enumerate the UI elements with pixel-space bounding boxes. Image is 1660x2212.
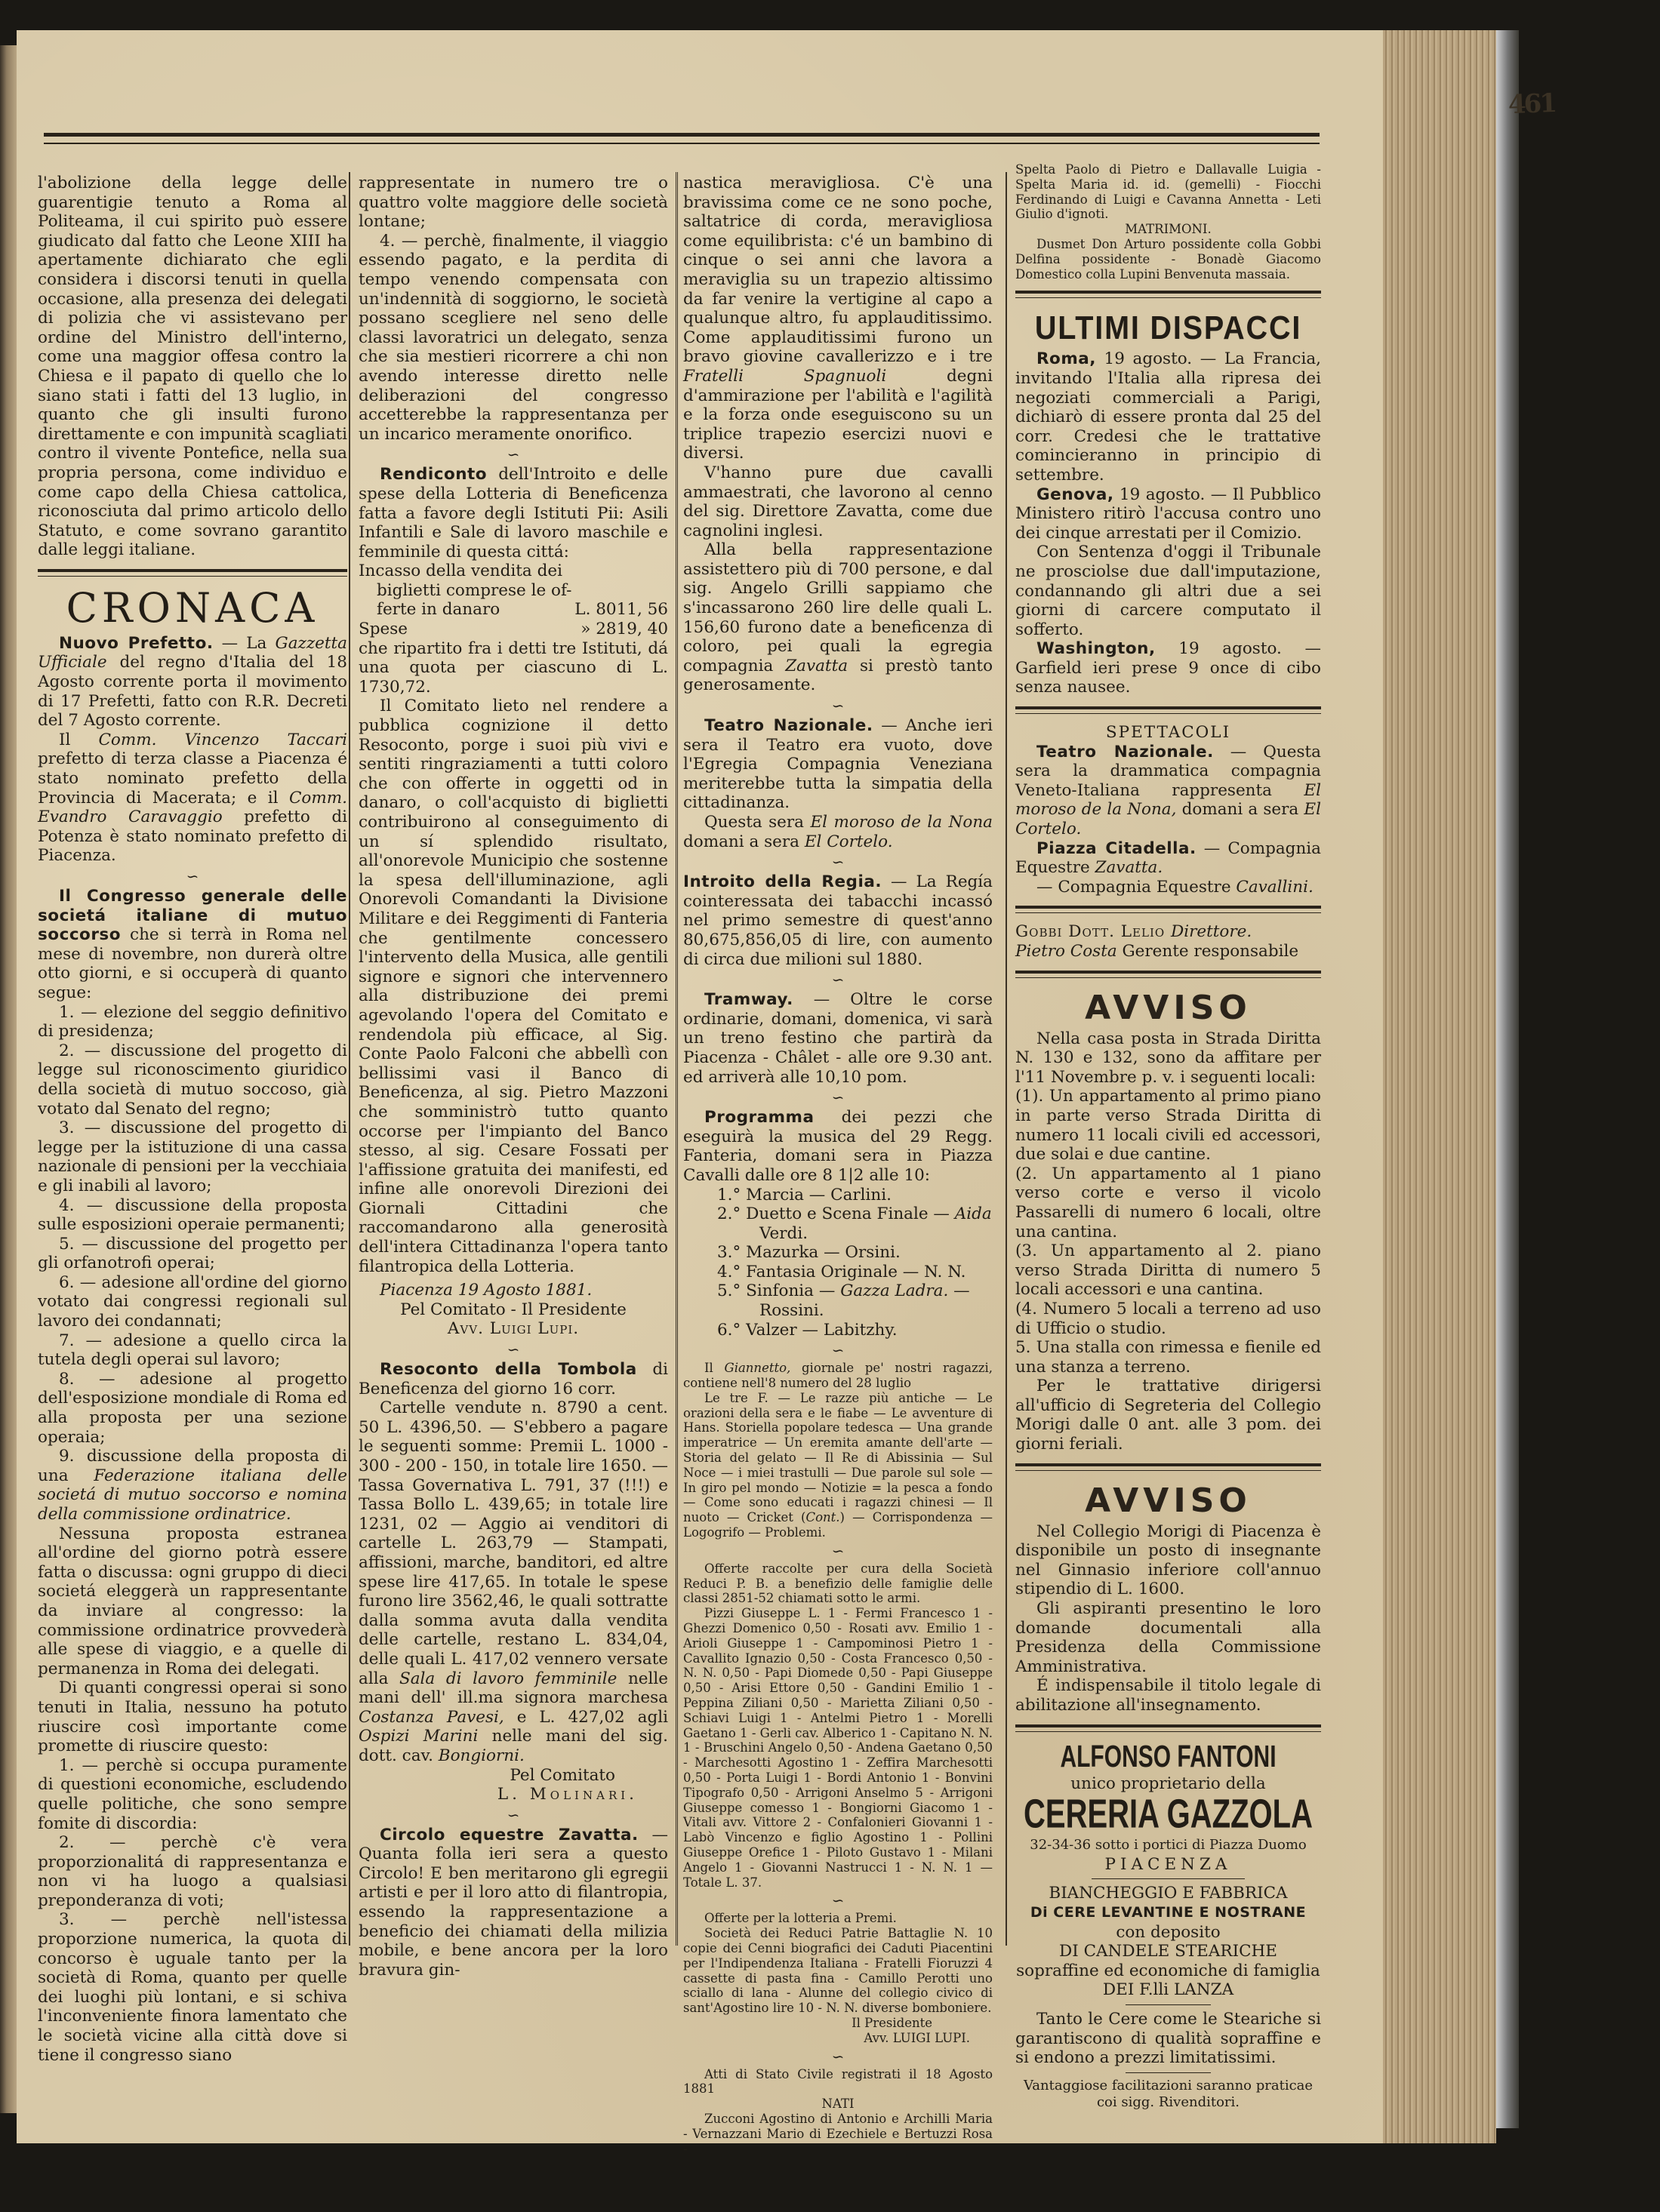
fore-edge-page-number: 461 [1508, 88, 1555, 120]
list-item: 6. — adesione all'ordine del giorno vota… [38, 1273, 347, 1331]
ad-divider [1092, 1878, 1245, 1879]
article-rendiconto: Rendiconto dell'Introito e delle spese d… [359, 465, 668, 561]
births-label: NATI [683, 2097, 993, 2112]
ornament-divider-icon: ∽ [683, 2047, 993, 2066]
ornament-divider-icon: ∽ [683, 1542, 993, 1560]
signature-name: L. Molinari. [359, 1785, 668, 1804]
births-list: Zucconi Agostino di Antonio e Archilli M… [683, 2112, 993, 2156]
article-regia: Introito della Regia. — La Regía cointer… [683, 872, 993, 969]
births-list-cont: Spelta Paolo di Pietro e Dallavalle Luig… [1015, 162, 1321, 222]
column-4: Spelta Paolo di Pietro e Dallavalle Luig… [1015, 162, 1321, 2111]
donations-intro: Offerte raccolte per cura della Società … [683, 1561, 993, 1606]
article-paragraph: Alla bella rappresentazione assistettero… [683, 540, 993, 695]
section-rule [1015, 291, 1321, 298]
section-rule [1015, 1724, 1321, 1732]
ornament-divider-icon: ∽ [359, 1340, 668, 1358]
article-programma: Programma dei pezzi che eseguirà la musi… [683, 1108, 993, 1185]
ad-line: BIANCHEGGIO E FABBRICA [1015, 1884, 1321, 1903]
notice-paragraph: Nel Collegio Morigi di Piacenza è dispon… [1015, 1522, 1321, 1599]
ad-line: con deposito [1015, 1923, 1321, 1943]
notice-item: 5. Una stalla con rimessa e fienile ed u… [1015, 1338, 1321, 1377]
book-cover-edge [1496, 30, 1519, 2128]
ornament-divider-icon: ∽ [683, 853, 993, 871]
column-3: nastica meravigliosa. C'è una bravissima… [683, 174, 993, 2156]
notice-item: (2. Un appartamento al 1 piano verso cor… [1015, 1164, 1321, 1241]
section-title-ultimi-dispacci: ULTIMI DISPACCI [1030, 307, 1306, 349]
list-item: 7. — adesione a quello circa la tutela d… [38, 1331, 347, 1370]
article-paragraph: Il Comitato lieto nel rendere a pubblica… [359, 697, 668, 1276]
article-heading: Introito della Regia. [683, 872, 882, 891]
signature: Il Presidente [683, 2016, 993, 2031]
article-heading: Rendiconto [380, 465, 487, 484]
dispatch-item: Roma, 19 agosto. — La Francia, invitando… [1015, 349, 1321, 485]
ad-line: Di CERE LEVANTINE E NOSTRANE [1015, 1903, 1321, 1923]
program-item: 6.° Valzer — Labitzhy. [717, 1321, 993, 1340]
ad-line: DI CANDELE STEARICHE [1015, 1942, 1321, 1961]
list-item: 3. — perchè nell'istessa proporzione num… [38, 1910, 347, 2065]
lottery-title: Offerte per la lotteria a Premi. [683, 1911, 993, 1926]
article-paragraph: Le tre F. — Le razze più antiche — Le or… [683, 1391, 993, 1540]
program-item-cont: Rossini. [717, 1301, 993, 1321]
article-continuation: l'abolizione della legge delle guarentig… [38, 174, 347, 560]
account-row-spese: Spese» 2819, 40 [359, 620, 668, 639]
column-divider [676, 172, 678, 1946]
section-rule [1015, 906, 1321, 913]
manager-line: Pietro Costa Gerente responsabile [1015, 942, 1321, 961]
dispatch-item: Washington, 19 agosto. — Garfield ieri p… [1015, 639, 1321, 697]
program-item: 3.° Mazurka — Orsini. [717, 1243, 993, 1263]
account-label: Incasso della vendita dei [359, 561, 668, 581]
ad-body: Tanto le Cere come le Steariche si garan… [1015, 2010, 1321, 2068]
article-heading: Programma [704, 1108, 814, 1127]
dateline: Piacenza 19 Agosto 1881. [359, 1281, 668, 1300]
ornament-divider-icon: ∽ [683, 1891, 993, 1909]
civil-records-title: Atti di Stato Civile registrati il 18 Ag… [683, 2067, 993, 2097]
article-paragraph: Di quanti congressi operai si sono tenut… [38, 1678, 347, 1755]
list-item: 4. — discussione della proposta sulle es… [38, 1196, 347, 1235]
section-title-cronaca: CRONACA [38, 586, 347, 631]
list-item: 2. — perchè c'è vera proporzionalitá di … [38, 1833, 347, 1910]
article-heading: Nuovo Prefetto. [59, 634, 214, 653]
notice-title: AVVISO [1015, 1480, 1321, 1522]
ornament-divider-icon: ∽ [683, 1088, 993, 1106]
book-fore-edge [1383, 30, 1496, 2143]
account-row-incasso: ferte in danaroL. 8011, 56 [359, 600, 668, 620]
column-divider [1006, 172, 1007, 1946]
program-item: 4.° Fantasia Originale — N. N. [717, 1263, 993, 1282]
list-item: 5. — discussione del progetto per gli or… [38, 1235, 347, 1273]
header-rule [44, 133, 1320, 144]
donations-list: Pizzi Giuseppe L. 1 - Fermi Francesco 1 … [683, 1606, 993, 1890]
section-rule [38, 569, 347, 577]
notice-intro: Nella casa posta in Strada Diritta N. 13… [1015, 1029, 1321, 1088]
notice-item: (4. Numero 5 locali a terreno ad uso di … [1015, 1300, 1321, 1338]
article-paragraph: V'hanno pure due cavalli ammaestrati, ch… [683, 463, 993, 540]
account-value: » 2819, 40 [581, 620, 668, 639]
article-circolo: Circolo equestre Zavatta. — Quanta folla… [359, 1826, 668, 1980]
ornament-divider-icon: ∽ [683, 1341, 993, 1359]
section-rule [1015, 971, 1321, 978]
account-value: L. 8011, 56 [574, 600, 668, 620]
column-1: l'abolizione della legge delle guarentig… [38, 174, 347, 2065]
article-giannetto: Il Giannetto, giornale pe' nostri ragazz… [683, 1361, 993, 1391]
article-paragraph: Il Comm. Vincenzo Taccari prefetto di te… [38, 731, 347, 866]
article-tramway: Tramway. — Oltre le corse ordinarie, dom… [683, 990, 993, 1087]
notice-paragraph: Gli aspiranti presentino le loro domande… [1015, 1599, 1321, 1676]
article-teatro: Teatro Nazionale. — Anche ieri sera il T… [683, 716, 993, 813]
lottery-body: Società dei Reduci Patrie Battaglie N. 1… [683, 1926, 993, 2016]
ad-divider [1126, 2004, 1211, 2005]
ornament-divider-icon: ∽ [683, 697, 993, 715]
ad-footer: Vantaggiose facilitazioni saranno pratic… [1015, 2078, 1321, 2111]
section-title-spettacoli: SPETTACOLI [1015, 723, 1321, 743]
ad-merchant-name: ALFONSO FANTONI [1015, 1735, 1321, 1780]
list-item: 4. — perchè, finalmente, il viaggio esse… [359, 232, 668, 445]
ornament-divider-icon: ∽ [359, 445, 668, 463]
program-list: 1.° Marcia — Carlini. 2.° Duetto e Scena… [683, 1186, 993, 1340]
program-item-cont: Verdi. [717, 1224, 993, 1244]
ad-brand: CERERIA GAZZOLA [1015, 1786, 1321, 1843]
ornament-divider-icon: ∽ [38, 867, 347, 885]
list-item: 2. — discussione del progetto di legge s… [38, 1041, 347, 1118]
article-heading: Teatro Nazionale. [704, 716, 873, 735]
article-continuation: nastica meravigliosa. C'è una bravissima… [683, 174, 993, 463]
article-congresso: Il Congresso generale delle societá ital… [38, 887, 347, 1003]
ad-line: DEI F.lli LANZA [1015, 1980, 1321, 2000]
dispatch-item: Genova, 19 agosto. — Il Pubblico Ministe… [1015, 485, 1321, 543]
marriages-list: Dusmet Don Arturo possidente colla Gobbi… [1015, 237, 1321, 281]
article-tombola: Resoconto della Tombola di Beneficenza d… [359, 1360, 668, 1398]
ornament-divider-icon: ∽ [359, 1806, 668, 1824]
show-item: — Compagnia Equestre Cavallini. [1015, 878, 1321, 897]
notice-item: (3. Un appartamento al 2. piano verso St… [1015, 1241, 1321, 1300]
ornament-divider-icon: ∽ [683, 971, 993, 989]
account-label: biglietti comprese le of- [359, 581, 668, 601]
list-item: 9. discussione della proposta di una Fed… [38, 1447, 347, 1524]
signature-name: Avv. LUIGI LUPI. [683, 2031, 993, 2046]
list-item: 8. — adesione al progetto dell'esposizio… [38, 1370, 347, 1447]
signature: Pel Comitato - Il Presidente [359, 1300, 668, 1320]
ad-line: sopraffine ed economiche di famiglia [1015, 1961, 1321, 1981]
article-paragraph: Nessuna proposta estranea all'ordine del… [38, 1524, 347, 1679]
list-item: 3. — discussione del progetto di legge p… [38, 1118, 347, 1195]
signature-name: Avv. Luigi Lupi. [359, 1319, 668, 1339]
article-nuovo-prefetto: Nuovo Prefetto. — La Gazzetta Ufficiale … [38, 634, 347, 731]
ad-divider [1126, 2072, 1211, 2073]
article-heading: Circolo equestre Zavatta. [380, 1826, 639, 1844]
article-paragraph: Questa sera El moroso de la Nona domani … [683, 813, 993, 851]
program-item: 2.° Duetto e Scena Finale — Aida [717, 1204, 993, 1224]
list-item: 1. — perchè si occupa puramente di quest… [38, 1756, 347, 1833]
section-rule [1015, 1463, 1321, 1471]
marriages-label: MATRIMONI. [1015, 222, 1321, 237]
show-item: Teatro Nazionale. — Questa sera la dramm… [1015, 743, 1321, 839]
notice-item: (1). Un appartamento al primo piano in p… [1015, 1087, 1321, 1164]
article-paragraph: Cartelle vendute n. 8790 a cent. 50 L. 4… [359, 1398, 668, 1765]
column-2: rappresentate in numero tre o quattro vo… [359, 174, 668, 1980]
book-gutter-left [0, 45, 17, 2113]
column-divider [349, 172, 350, 1946]
article-continuation: rappresentate in numero tre o quattro vo… [359, 174, 668, 232]
article-paragraph: che ripartito fra i detti tre Istituti, … [359, 639, 668, 697]
program-item: 5.° Sinfonia — Gazza Ladra. — [717, 1281, 993, 1301]
notice-paragraph: É indispensabile il titolo legale di abi… [1015, 1676, 1321, 1715]
article-heading: Tramway. [704, 990, 793, 1009]
section-rule [1015, 706, 1321, 714]
editor-line: Gobbi Dott. Lelio Direttore. [1015, 922, 1321, 942]
program-item: 1.° Marcia — Carlini. [717, 1186, 993, 1205]
signature: Pel Comitato [359, 1766, 668, 1786]
show-item: Piazza Citadella. — Compagnia Equestre Z… [1015, 839, 1321, 878]
notice-title: AVVISO [1015, 987, 1321, 1029]
ad-city: PIACENZA [1015, 1855, 1321, 1875]
notice-closing: Per le trattative dirigersi all'ufficio … [1015, 1377, 1321, 1454]
dispatch-item: Con Sentenza d'oggi il Tribunale ne pros… [1015, 543, 1321, 639]
list-item: 1. — elezione del seggio definitivo di p… [38, 1003, 347, 1041]
article-heading: Resoconto della Tombola [380, 1360, 637, 1379]
